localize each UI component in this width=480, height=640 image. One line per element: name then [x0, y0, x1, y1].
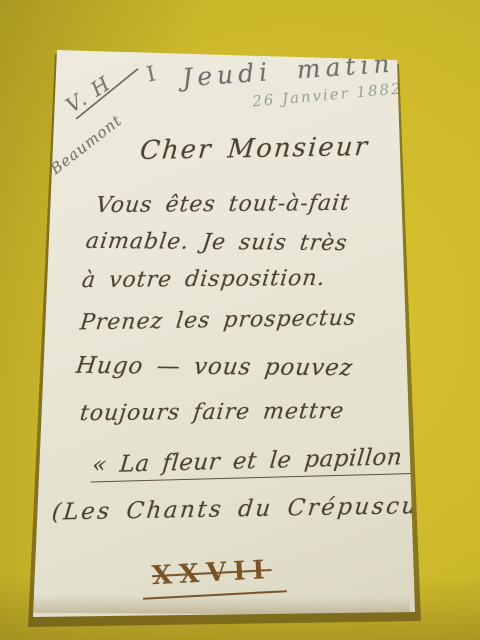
letter-salutation: Cher Monsieur [139, 132, 371, 166]
photo-background: V. H I Jeudi matin 26 Janvier 1882 Beaum… [0, 0, 480, 640]
letter-body-line: Vous êtes tout-à-fait [95, 191, 352, 218]
letter-body-line: Hugo — vous pouvez [74, 353, 354, 381]
letter-body-line: aimable. Je suis très [84, 229, 349, 256]
letter-body-line: toujours faire mettre [79, 399, 346, 426]
annotation-name-note: Beaumont [47, 111, 125, 178]
letter-body-line: Prenez les prospectus [79, 306, 358, 336]
letter-quoted-title: « La fleur et le papillon » [91, 444, 431, 483]
annotation-index-numeral: I [145, 61, 158, 86]
letter-body-line: à votre disposition. [81, 266, 327, 293]
letter-catalog-numeral: XXVII [141, 554, 287, 599]
letter-work-reference: (Les Chants du Crépuscule) [51, 492, 458, 525]
